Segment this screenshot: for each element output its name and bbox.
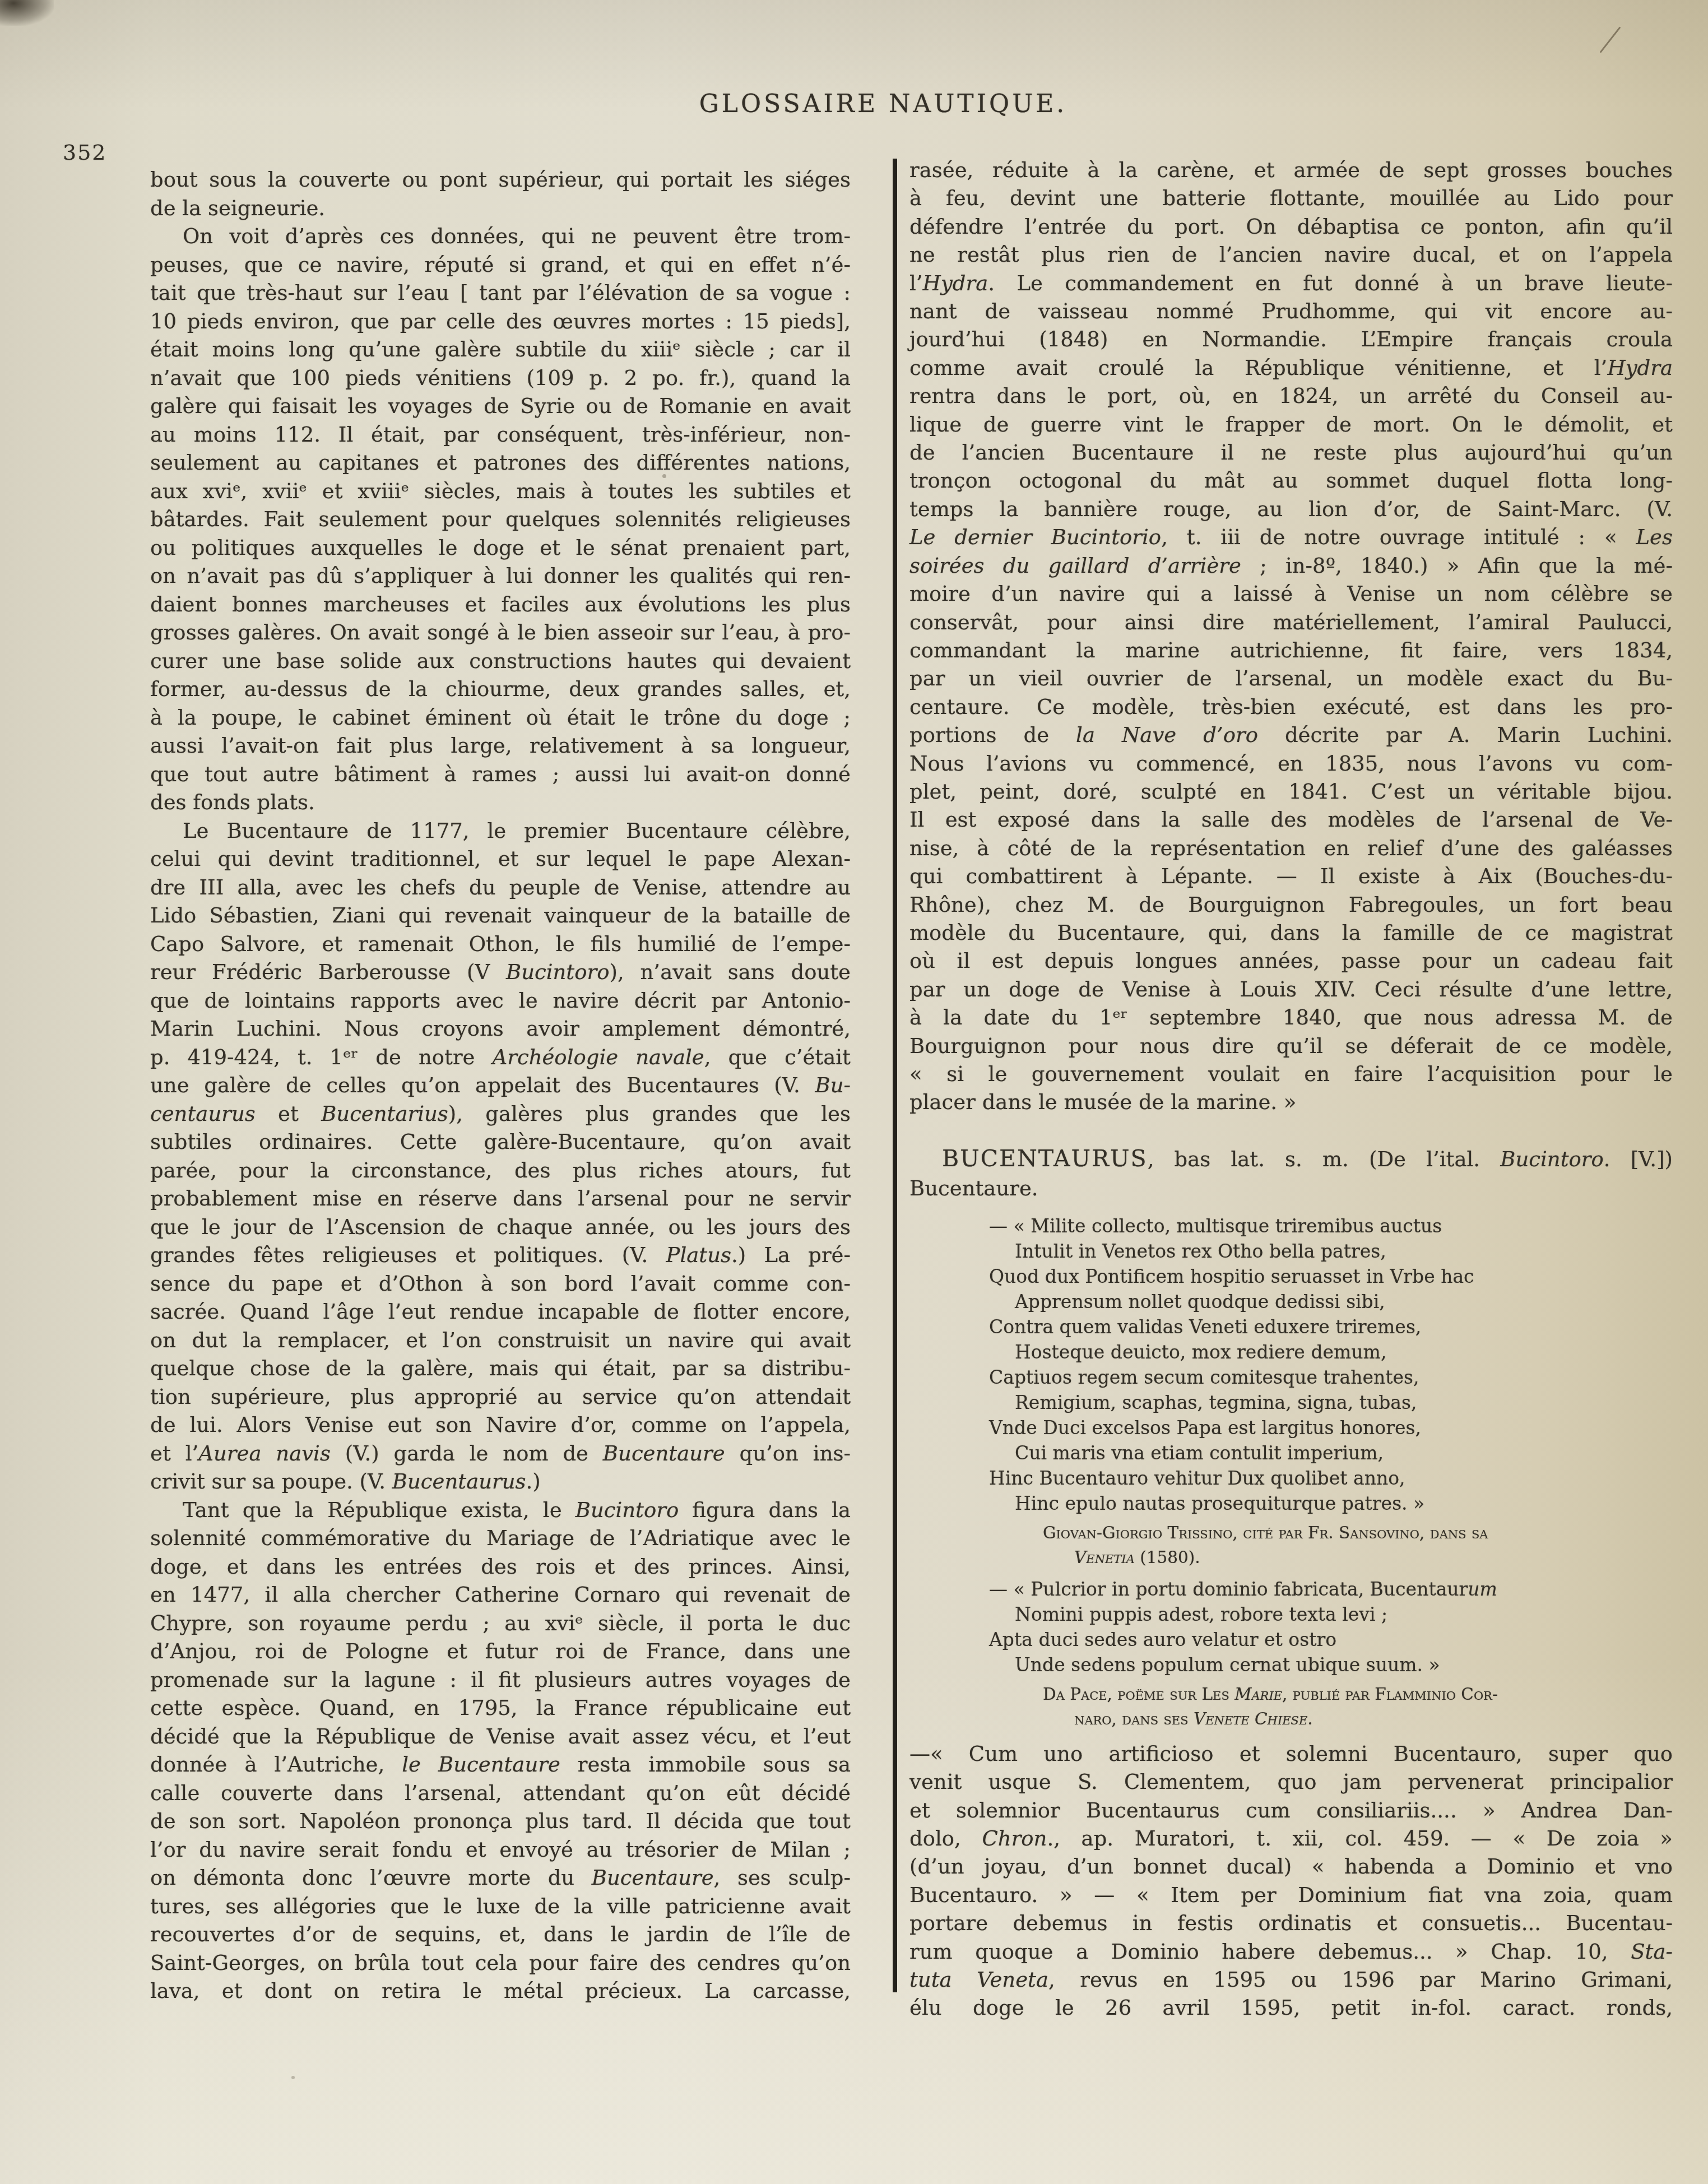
text-line: bâtardes. Fait seulement pour quelques s… — [150, 506, 851, 534]
text-line: décidé que la République de Venise avait… — [150, 1723, 851, 1751]
text-line: venit usque S. Clementem, quo jam perven… — [909, 1768, 1673, 1796]
text-line: plet, peint, doré, sculpté en 1841. C’es… — [909, 778, 1673, 806]
text-line: que le jour de l’Ascension de chaque ann… — [150, 1213, 851, 1242]
text-line: promenade sur la lagune : il fit plusieu… — [150, 1666, 851, 1695]
entry-head-rest: , bas lat. s. m. (De l’ital. Bucintoro. … — [1148, 1147, 1673, 1171]
text-line: par un vieil ouvrier de l’arsenal, un mo… — [909, 665, 1673, 693]
text-line: crivit sur sa poupe. (V. Bucentaurus.) — [150, 1468, 851, 1496]
text-line: Il est exposé dans la salle des modèles … — [909, 806, 1673, 834]
text-line: On voit d’après ces données, qui ne peuv… — [150, 222, 851, 251]
text-line: daient bonnes marcheuses et faciles aux … — [150, 591, 851, 619]
text-line: n’avait que 100 pieds vénitiens (109 p. … — [150, 364, 851, 393]
text-line: galère qui faisait les voyages de Syrie … — [150, 392, 851, 421]
text-line: on démonta donc l’œuvre morte du Bucenta… — [150, 1864, 851, 1893]
text-line: à feu, devint une batterie flottante, mo… — [909, 184, 1673, 212]
text-line: commandant la marine autrichienne, fit f… — [909, 637, 1673, 665]
text-line: — « Pulcrior in portu dominio fabricata,… — [989, 1576, 1673, 1602]
text-line: où il est depuis longues années, passe p… — [909, 947, 1673, 975]
text-line: aussi l’avait-on fait plus large, relati… — [150, 732, 851, 761]
text-line: lava, et dont on retira le métal précieu… — [150, 1977, 851, 2006]
entry-head-line: BUCENTAURUS, bas lat. s. m. (De l’ital. … — [909, 1144, 1673, 1174]
text-line: placer dans le musée de la marine. » — [909, 1088, 1673, 1116]
text-line: « si le gouvernement voulait en faire l’… — [909, 1060, 1673, 1088]
text-line: Rhône), chez M. de Bourguignon Fabregoul… — [909, 891, 1673, 919]
text-line: on n’avait pas dû s’appliquer à lui donn… — [150, 562, 851, 591]
text-line: Chypre, son royaume perdu ; au xviᵉ sièc… — [150, 1610, 851, 1638]
text-line: centaurus et Bucentarius), galères plus … — [150, 1100, 851, 1129]
text-line: peuses, que ce navire, réputé si grand, … — [150, 251, 851, 280]
text-line: tuta Veneta, revus en 1595 ou 1596 par M… — [909, 1966, 1673, 1994]
text-line: moire d’un navire qui a laissé à Venise … — [909, 580, 1673, 608]
text-line: Marin Luchini. Nous croyons avoir amplem… — [150, 1015, 851, 1044]
paragraph-republique: Tant que la République exista, le Bucint… — [150, 1496, 851, 2006]
text-line: cette espèce. Quand, en 1795, la France … — [150, 1694, 851, 1723]
text-line: Tant que la République exista, le Bucint… — [150, 1496, 851, 1525]
text-line: par un doge de Venise à Louis XIV. Ceci … — [909, 976, 1673, 1004]
text-line: Le dernier Bucintorio, t. iii de notre o… — [909, 523, 1673, 551]
text-line: rum quoque a Dominio habere debemus... »… — [909, 1938, 1673, 1966]
text-line: Quod dux Pontificem hospitio seruasset i… — [989, 1264, 1673, 1289]
text-line: seulement au capitanes et patrones des d… — [150, 449, 851, 477]
entry-translation: Bucentaure. — [909, 1174, 1673, 1203]
text-line: nise, à côté de la représentation en rel… — [909, 834, 1673, 863]
scan-smudge — [0, 0, 54, 26]
right-column: rasée, réduite à la carène, et armée de … — [909, 156, 1673, 2023]
text-line: était moins long qu’une galère subtile d… — [150, 336, 851, 364]
text-line: Saint-Georges, on brûla tout cela pour f… — [150, 1949, 851, 1978]
text-line: dre III alla, avec les chefs du peuple d… — [150, 874, 851, 902]
text-line: Hinc epulo nautas prosequiturque patres.… — [989, 1491, 1673, 1516]
text-line: aux xviᵉ, xviiᵉ et xviiiᵉ siècles, mais … — [150, 477, 851, 506]
text-line: et l’Aurea navis (V.) garda le nom de Bu… — [150, 1440, 851, 1468]
text-line: au moins 112. Il était, par conséquent, … — [150, 421, 851, 449]
text-line: parée, pour la circonstance, des plus ri… — [150, 1157, 851, 1185]
citation-da-pace: Da Pace, poëme sur Les Marie, publié par… — [1043, 1682, 1673, 1731]
text-line: tures, ses allégories que le luxe de la … — [150, 1893, 851, 1921]
text-line: Venetia (1580). — [1043, 1545, 1673, 1570]
text-line: Nomini puppis adest, robore texta levi ; — [989, 1602, 1673, 1627]
text-line: ou politiques auxquelles le doge et le s… — [150, 534, 851, 563]
text-line: jourd’hui (1848) en Normandie. L’Empire … — [909, 326, 1673, 354]
text-line: conservât, pour ainsi dire matériellemen… — [909, 609, 1673, 637]
text-line: p. 419-424, t. 1ᵉʳ de notre Archéologie … — [150, 1044, 851, 1072]
text-line: de la seigneurie. — [150, 194, 851, 223]
text-line: que de lointains rapports avec le navire… — [150, 987, 851, 1016]
text-line: modèle du Bucentaure, qui, dans la famil… — [909, 919, 1673, 947]
text-line: probablement mise en réserve dans l’arse… — [150, 1185, 851, 1213]
text-line: sacrée. Quand l’âge l’eut rendue incapab… — [150, 1298, 851, 1327]
text-line: Lido Sébastien, Ziani qui revenait vainq… — [150, 902, 851, 930]
text-line: Apprensum nollet quodque dedissi sibi, — [989, 1289, 1673, 1314]
text-line: —« Cum uno artificioso et solemni Bucent… — [909, 1740, 1673, 1768]
text-line: lique de guerre vint le frapper de mort.… — [909, 411, 1673, 439]
text-line: Vnde Duci excelsos Papa est largitus hon… — [989, 1415, 1673, 1440]
text-line: bout sous la couverte ou pont supérieur,… — [150, 166, 851, 194]
paragraph-continuation: bout sous la couverte ou pont supérieur,… — [150, 166, 851, 222]
text-line: tion supérieure, plus approprié au servi… — [150, 1383, 851, 1412]
text-line: Hinc Bucentauro vehitur Dux quolibet ann… — [989, 1466, 1673, 1491]
text-line: curer une base solide aux constructions … — [150, 647, 851, 676]
text-line: de son sort. Napoléon prononça plus tard… — [150, 1807, 851, 1836]
text-line: en 1477, il alla chercher Catherine Corn… — [150, 1581, 851, 1610]
text-line: Captiuos regem secum comitesque trahente… — [989, 1365, 1673, 1390]
text-line: Hosteque deuicto, mox rediere demum, — [989, 1339, 1673, 1365]
text-line: à la date du 1ᵉʳ septembre 1840, que nou… — [909, 1004, 1673, 1032]
text-line: portare debemus in festis ordinatis et c… — [909, 1909, 1673, 1937]
running-title: GLOSSAIRE NAUTIQUE. — [29, 90, 1708, 118]
text-line: (d’un joyau, d’un bonnet ducal) « habend… — [909, 1853, 1673, 1881]
text-line: dolo, Chron., ap. Muratori, t. xii, col.… — [909, 1825, 1673, 1853]
paragraph-dimensions: On voit d’après ces données, qui ne peuv… — [150, 222, 851, 817]
text-line: naro, dans ses Venete Chiese. — [1043, 1707, 1673, 1731]
text-line: subtiles ordinaires. Cette galère-Bucent… — [150, 1128, 851, 1157]
text-line: Da Pace, poëme sur Les Marie, publié par… — [1043, 1682, 1673, 1707]
text-line: de l’ancien Bucentaure il ne reste plus … — [909, 439, 1673, 467]
text-line: Contra quem validas Veneti eduxere trire… — [989, 1314, 1673, 1339]
text-line: ne restât plus rien de l’ancien navire d… — [909, 241, 1673, 269]
text-line: Giovan-Giorgio Trissino, cité par Fr. Sa… — [1043, 1520, 1673, 1545]
text-line: Apta duci sedes auro velatur et ostro — [989, 1627, 1673, 1652]
scan-speck — [291, 2076, 295, 2079]
entry-headword: BUCENTAURUS — [942, 1145, 1148, 1172]
text-line: l’Hydra. Le commandement en fut donné à … — [909, 270, 1673, 298]
text-line: Capo Salvore, et ramenait Othon, le fils… — [150, 930, 851, 959]
text-line: celui qui devint traditionnel, et sur le… — [150, 845, 851, 874]
text-line: défendre l’entrée du port. On débaptisa … — [909, 213, 1673, 241]
text-line: Cui maris vna etiam contulit imperium, — [989, 1440, 1673, 1466]
text-line: soirées du gaillard d’arrière ; in-8º, 1… — [909, 552, 1673, 580]
text-line: reur Frédéric Barberousse (V Bucintoro),… — [150, 958, 851, 987]
text-line: sence du pape et d’Othon à son bord l’av… — [150, 1270, 851, 1299]
text-line: Unde sedens populum cernat ubique suum. … — [989, 1652, 1673, 1677]
text-line: d’Anjou, roi de Pologne et futur roi de … — [150, 1638, 851, 1666]
text-line: comme avait croulé la République vénitie… — [909, 354, 1673, 382]
text-line: une galère de celles qu’on appelait des … — [150, 1072, 851, 1100]
text-line: que tout autre bâtiment à rames ; aussi … — [150, 761, 851, 789]
text-line: temps la bannière rouge, au lion d’or, d… — [909, 495, 1673, 523]
text-line: — « Milite collecto, multisque triremibu… — [989, 1213, 1673, 1239]
text-line: nant de vaisseau nommé Prudhomme, qui vi… — [909, 298, 1673, 326]
left-column: bout sous la couverte ou pont supérieur,… — [150, 166, 851, 2006]
text-line: l’or du navire serait fondu et envoyé au… — [150, 1836, 851, 1865]
closing-paragraph: —« Cum uno artificioso et solemni Bucent… — [909, 1740, 1673, 2023]
text-line: grandes fêtes religieuses et politiques.… — [150, 1241, 851, 1270]
paragraph-hydra: rasée, réduite à la carène, et armée de … — [909, 156, 1673, 1117]
text-line: Bucentauro. » — « Item per Dominium fiat… — [909, 1881, 1673, 1909]
citation-trissino: Giovan-Giorgio Trissino, cité par Fr. Sa… — [1043, 1520, 1673, 1570]
text-line: 10 pieds environ, que par celle des œuvr… — [150, 308, 851, 336]
text-line: on dut la remplacer, et l’on construisit… — [150, 1327, 851, 1355]
text-line: tait que très-haut sur l’eau [ tant par … — [150, 279, 851, 308]
text-line: qui combattirent à Lépante. — Il existe … — [909, 863, 1673, 891]
text-line: donnée à l’Autriche, le Bucentaure resta… — [150, 1751, 851, 1779]
text-line: rentra dans le port, où, en 1824, un arr… — [909, 382, 1673, 410]
text-line: former, au-dessus de la chiourme, deux g… — [150, 675, 851, 704]
paragraph-bucentaure-1177: Le Bucentaure de 1177, le premier Bucent… — [150, 817, 851, 1496]
text-line: à la poupe, le cabinet éminent où était … — [150, 704, 851, 732]
text-line: recouvertes d’or de sequins, et, dans le… — [150, 1921, 851, 1949]
text-line: des fonds plats. — [150, 789, 851, 817]
entry-bucentaurus: BUCENTAURUS, bas lat. s. m. (De l’ital. … — [909, 1144, 1673, 1203]
text-line: solennité commémorative du Mariage de l’… — [150, 1524, 851, 1553]
text-line: rasée, réduite à la carène, et armée de … — [909, 156, 1673, 184]
text-line: élu doge le 26 avril 1595, petit in-fol.… — [909, 1994, 1673, 2022]
text-line: Le Bucentaure de 1177, le premier Bucent… — [150, 817, 851, 846]
latin-verse-da-pace: — « Pulcrior in portu dominio fabricata,… — [989, 1576, 1673, 1677]
column-rule — [893, 159, 897, 1992]
text-line: tronçon octogonal du mât au sommet duque… — [909, 467, 1673, 495]
text-line: de lui. Alors Venise eut son Navire d’or… — [150, 1411, 851, 1440]
text-line: Intulit in Venetos rex Otho bella patres… — [989, 1239, 1673, 1264]
text-line: calle couverte dans l’arsenal, attendant… — [150, 1779, 851, 1808]
text-line: et solemnior Bucentaurus cum consiliarii… — [909, 1797, 1673, 1825]
text-line: grosses galères. On avait songé à le bie… — [150, 619, 851, 647]
text-line: doge, et dans les entrées des rois et de… — [150, 1553, 851, 1582]
text-line: centaure. Ce modèle, très-bien exécuté, … — [909, 693, 1673, 721]
text-line: Bourguignon pour nous dire qu’il se défe… — [909, 1032, 1673, 1060]
page-number: 352 — [63, 140, 107, 165]
text-line: Remigium, scaphas, tegmina, signa, tubas… — [989, 1390, 1673, 1415]
scan-scratch — [1599, 26, 1621, 53]
scanned-page: 352 GLOSSAIRE NAUTIQUE. bout sous la cou… — [0, 0, 1708, 2184]
text-line: portions de la Nave d’oro décrite par A.… — [909, 721, 1673, 749]
text-line: quelque chose de la galère, mais qui éta… — [150, 1355, 851, 1383]
latin-verse-trissino: — « Milite collecto, multisque triremibu… — [989, 1213, 1673, 1516]
text-line: Nous l’avions vu commencé, en 1835, nous… — [909, 750, 1673, 778]
